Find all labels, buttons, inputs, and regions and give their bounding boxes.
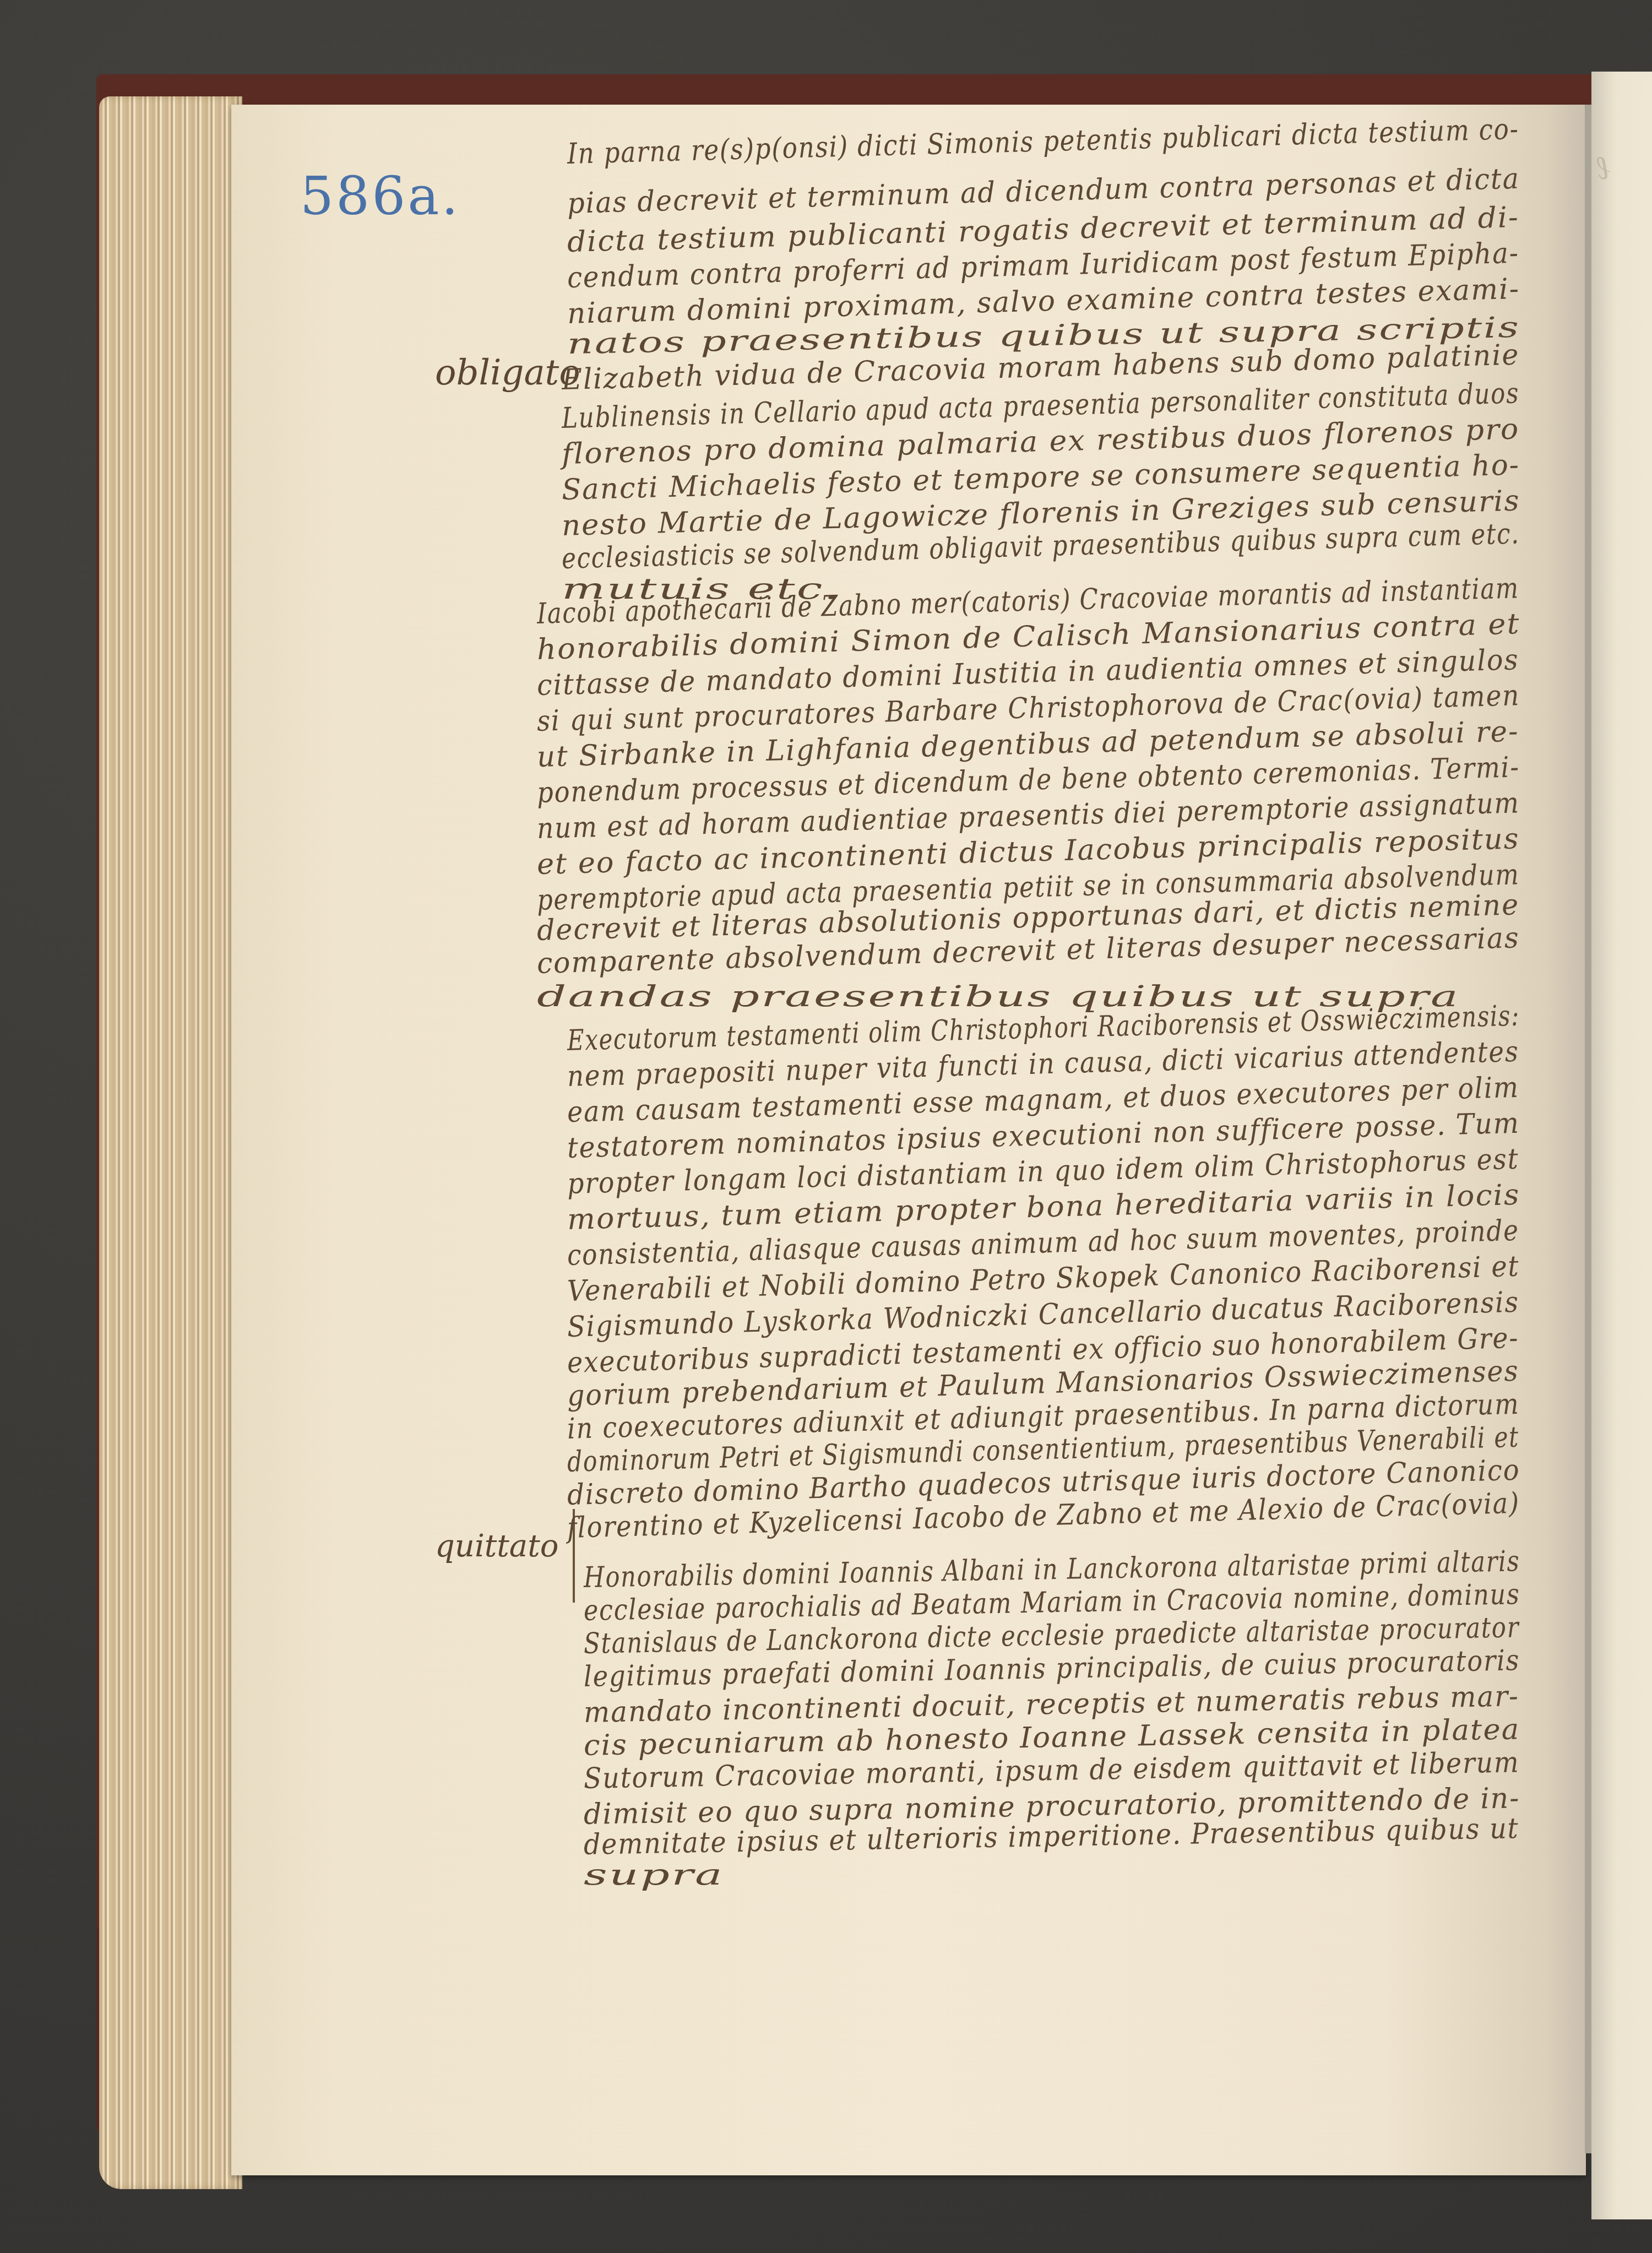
- folio-number: 586a.: [300, 165, 460, 227]
- margin-note-quittatio: quittato: [435, 1528, 558, 1564]
- text-line: supra: [584, 1859, 724, 1892]
- ink-bleed-through: ℓ: [1597, 149, 1611, 187]
- margin-note-obligatio: obligato: [435, 352, 580, 393]
- page-edges-stack: [99, 96, 242, 2189]
- book-gutter: [1585, 105, 1591, 2153]
- facing-page: ℓ: [1591, 72, 1652, 2219]
